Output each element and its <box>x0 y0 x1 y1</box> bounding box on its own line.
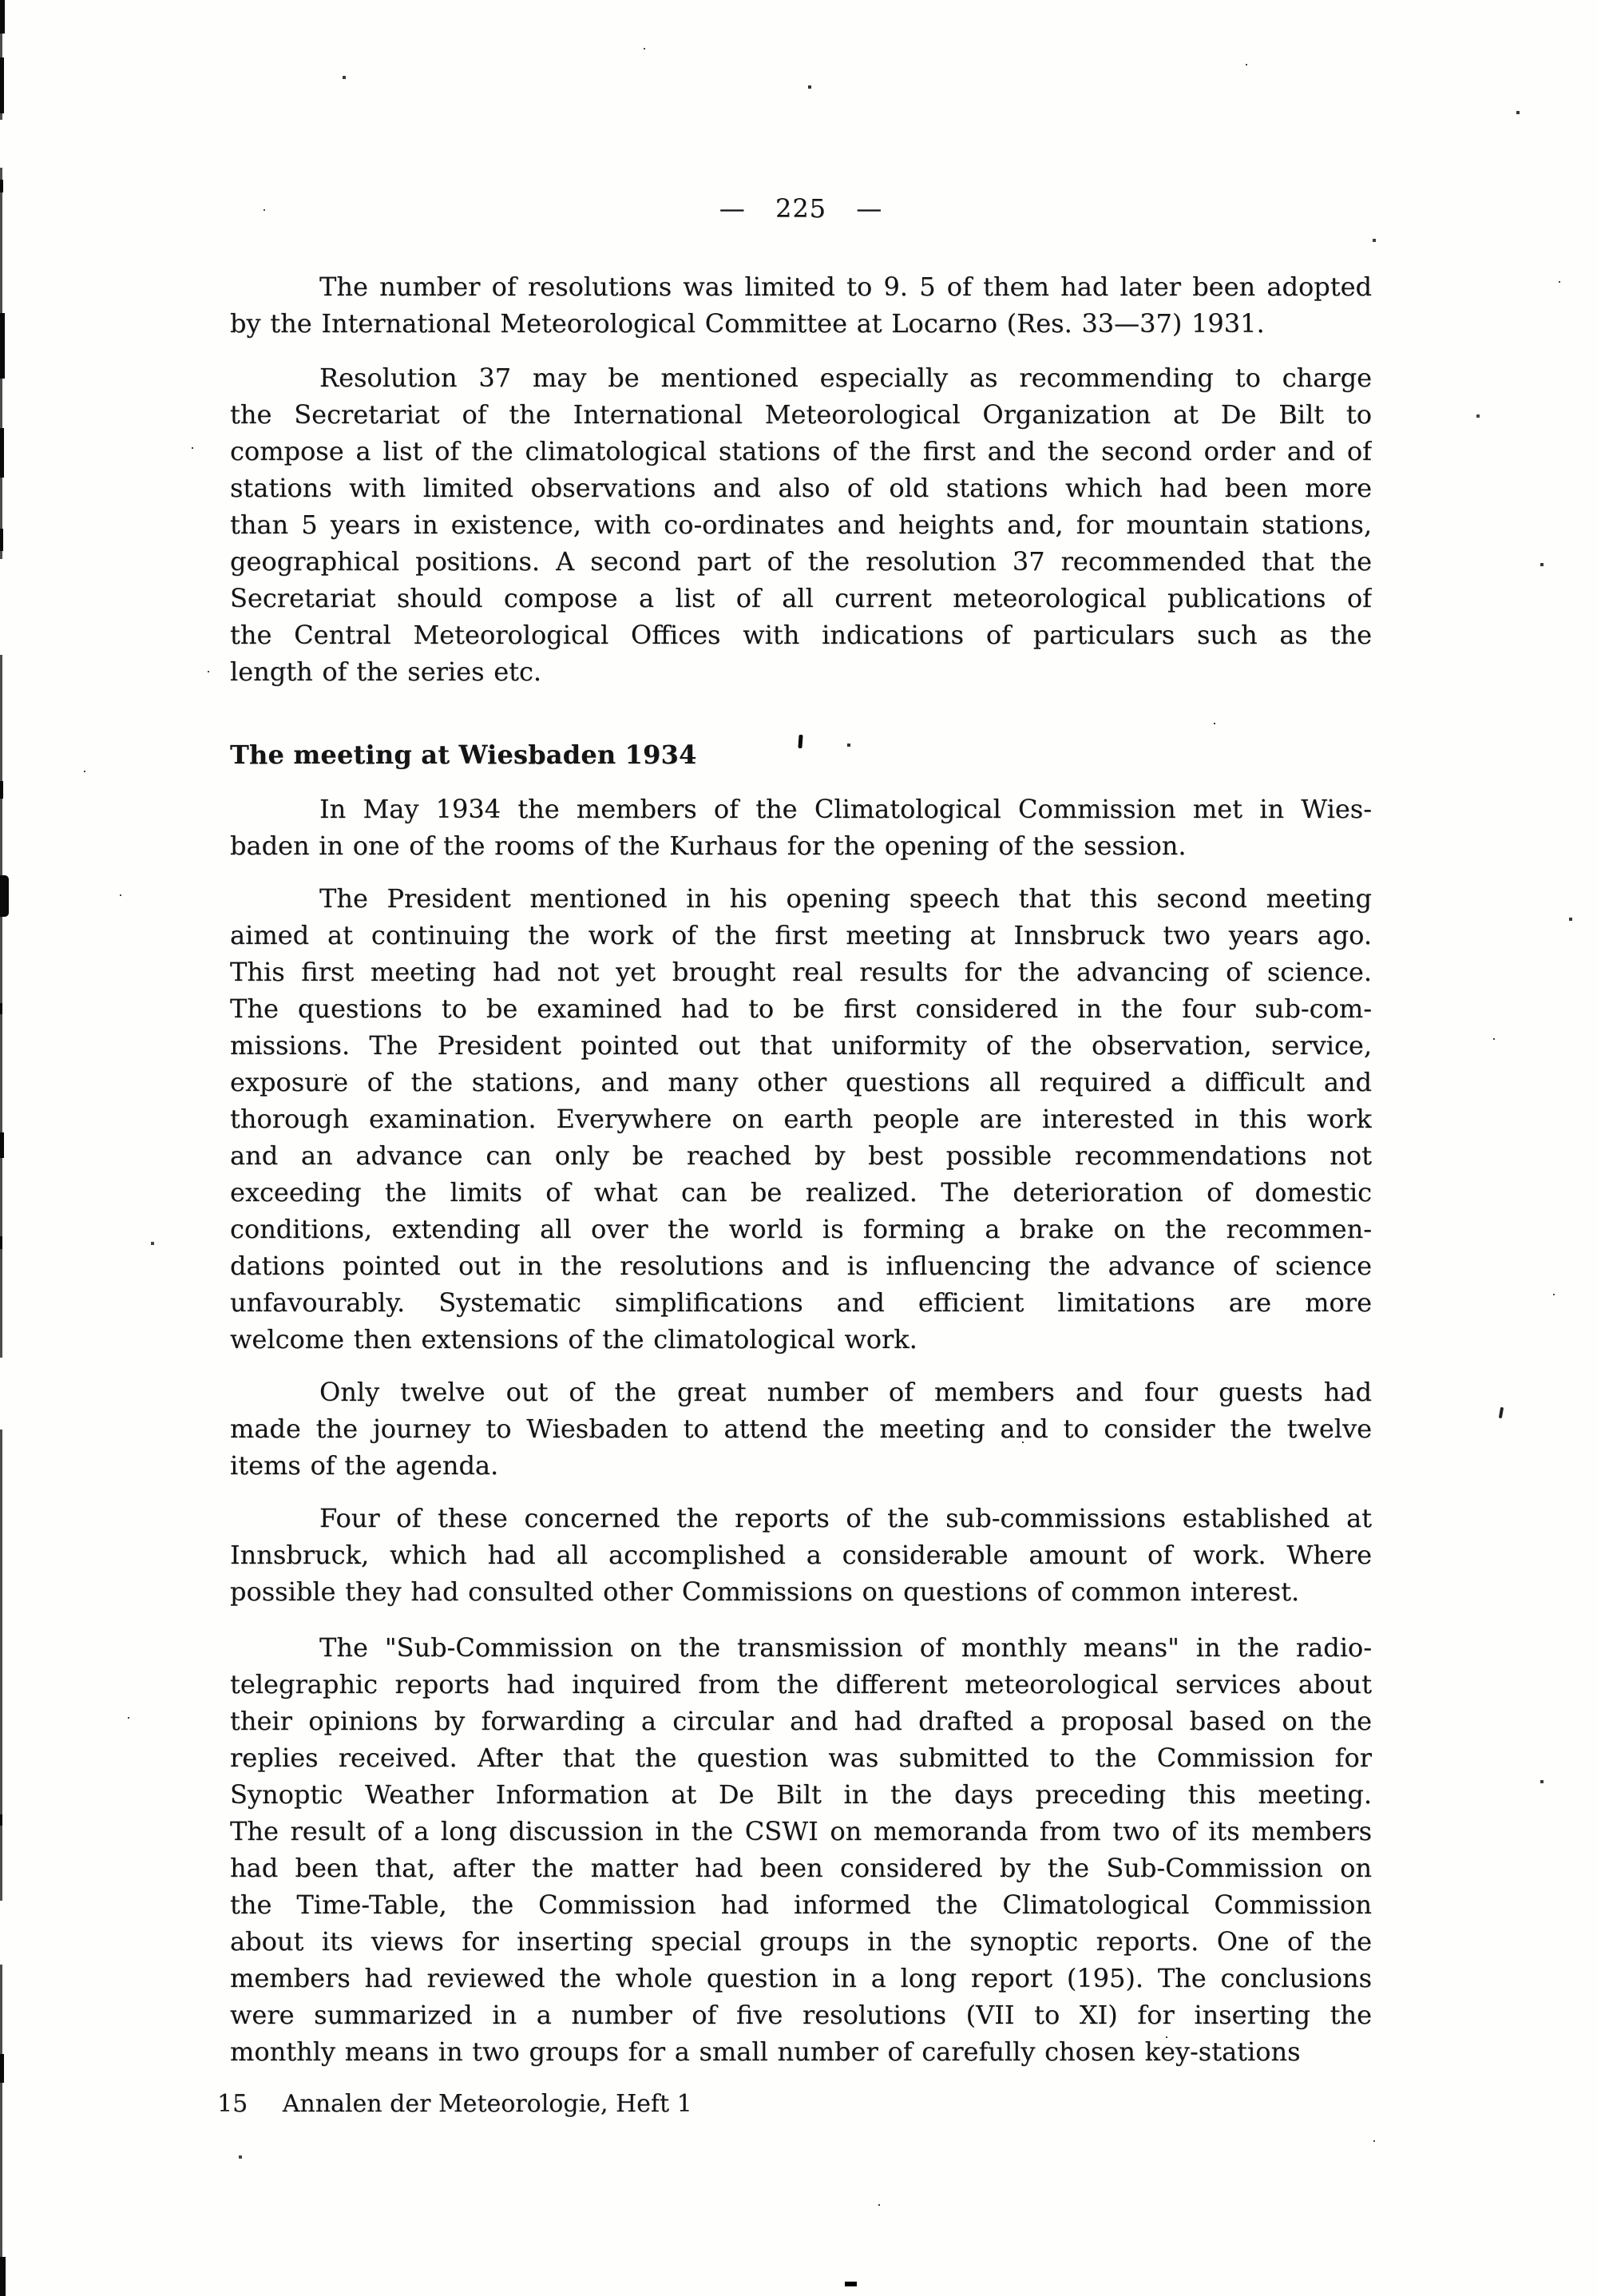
scan-edge-mark <box>0 0 5 34</box>
scan-edge-mark <box>0 875 9 917</box>
page-number: — 225 — <box>230 190 1372 227</box>
text-line: thorough examination. Everywhere on eart… <box>230 1100 1372 1137</box>
text-line: The result of a long discussion in the C… <box>230 1813 1372 1850</box>
scan-edge-mark <box>0 781 3 799</box>
scan-artifact-mark <box>1499 1407 1504 1418</box>
text-line: welcome then extensions of the climatolo… <box>230 1321 1372 1358</box>
scan-edge-mark <box>0 2257 6 2296</box>
scan-edge-mark <box>0 57 4 113</box>
text-line: exceeding the limits of what can be real… <box>230 1174 1372 1211</box>
document-page: — 225 — The number of resolutions was li… <box>0 0 1597 2296</box>
scan-edge-mark <box>0 313 5 379</box>
text-line: dations pointed out in the resolutions a… <box>230 1247 1372 1284</box>
scan-noise-specks <box>0 0 2 2</box>
text-line: The questions to be examined had to be f… <box>230 990 1372 1027</box>
paragraph: The number of resolutions was limited to… <box>230 268 1372 342</box>
text-line: The President mentioned in his opening s… <box>230 880 1372 917</box>
scan-artifact-mark <box>845 2282 857 2286</box>
text-line: about its views for inserting special gr… <box>230 1923 1372 1960</box>
text-line: The number of resolutions was limited to… <box>230 268 1372 305</box>
text-line: stations with limited observations and a… <box>230 470 1372 506</box>
scan-edge-gap <box>0 1358 4 1430</box>
text-line: had been that, after the matter had been… <box>230 1850 1372 1886</box>
scan-edge-mark <box>0 1236 2 1249</box>
text-line: the Time-Table, the Commission had infor… <box>230 1886 1372 1923</box>
text-line: geographical positions. A second part of… <box>230 543 1372 580</box>
scan-edge-mark <box>0 529 3 551</box>
scan-edge-mark <box>0 428 4 478</box>
text-line: their opinions by forwarding a circular … <box>230 1703 1372 1739</box>
text-line: Four of these concerned the reports of t… <box>230 1500 1372 1537</box>
text-line: baden in one of the rooms of the Kurhaus… <box>230 827 1372 864</box>
footer-journal-title: Annalen der Meteorologie, Heft 1 <box>283 2086 692 2123</box>
paragraph: Only twelve out of the great number of m… <box>230 1374 1372 1484</box>
text-line: aimed at continuing the work of the firs… <box>230 917 1372 954</box>
text-line: were summarized in a number of five reso… <box>230 1997 1372 2033</box>
text-line: items of the agenda. <box>230 1447 1372 1484</box>
text-line: replies received. After that the questio… <box>230 1739 1372 1776</box>
text-line: monthly means in two groups for a small … <box>230 2033 1372 2070</box>
scan-edge-mark <box>0 1132 4 1158</box>
text-line: The "Sub-Commission on the transmission … <box>230 1629 1372 1666</box>
text-line: the Secretariat of the International Met… <box>230 396 1372 433</box>
paragraph: In May 1934 the members of the Climatolo… <box>230 791 1372 864</box>
paragraph: Resolution 37 may be mentioned especiall… <box>230 359 1372 690</box>
text-line: than 5 years in existence, with co-ordin… <box>230 506 1372 543</box>
text-line: missions. The President pointed out that… <box>230 1027 1372 1064</box>
text-line: Resolution 37 may be mentioned especiall… <box>230 359 1372 396</box>
scan-edge-mark <box>0 180 3 192</box>
paragraph: The President mentioned in his opening s… <box>230 880 1372 1358</box>
scan-edge-gap <box>0 559 4 655</box>
text-line: length of the series etc. <box>230 653 1372 690</box>
scan-edge-gap <box>0 120 4 168</box>
text-line: This first meeting had not yet brought r… <box>230 954 1372 990</box>
text-line: compose a list of the climatological sta… <box>230 433 1372 470</box>
section-heading: The meeting at Wiesbaden 1934 <box>230 736 1372 773</box>
text-line: Innsbruck, which had all accomplished a … <box>230 1537 1372 1573</box>
text-line: unfavourably. Systematic simplifications… <box>230 1284 1372 1321</box>
scan-edge-mark <box>0 1003 2 1014</box>
page-footer: 15 Annalen der Meteorologie, Heft 1 <box>217 2086 1372 2123</box>
text-line: conditions, extending all over the world… <box>230 1211 1372 1247</box>
text-line: members had reviewed the whole question … <box>230 1960 1372 1997</box>
text-line: Secretariat should compose a list of all… <box>230 580 1372 617</box>
text-line: Synoptic Weather Information at De Bilt … <box>230 1776 1372 1813</box>
scan-edge-gap <box>0 1901 4 1965</box>
scan-edge-mark <box>0 1814 2 1826</box>
text-line: made the journey to Wiesbaden to attend … <box>230 1410 1372 1447</box>
paragraph: Four of these concerned the reports of t… <box>230 1500 1372 1610</box>
text-line: possible they had consulted other Commis… <box>230 1573 1372 1610</box>
text-line: In May 1934 the members of the Climatolo… <box>230 791 1372 827</box>
text-line: exposure of the stations, and many other… <box>230 1064 1372 1100</box>
text-block: — 225 — The number of resolutions was li… <box>230 0 1372 2123</box>
footer-signature-number: 15 <box>217 2086 248 2123</box>
paragraph: The "Sub-Commission on the transmission … <box>230 1629 1372 2070</box>
text-line: by the International Meteorological Comm… <box>230 305 1372 342</box>
text-line: the Central Meteorological Offices with … <box>230 617 1372 653</box>
text-line: Only twelve out of the great number of m… <box>230 1374 1372 1410</box>
text-line: and an advance can only be reached by be… <box>230 1137 1372 1174</box>
body-blocks: The number of resolutions was limited to… <box>230 268 1372 2070</box>
text-line: telegraphic reports had inquired from th… <box>230 1666 1372 1703</box>
scan-edge-mark <box>0 2054 4 2083</box>
